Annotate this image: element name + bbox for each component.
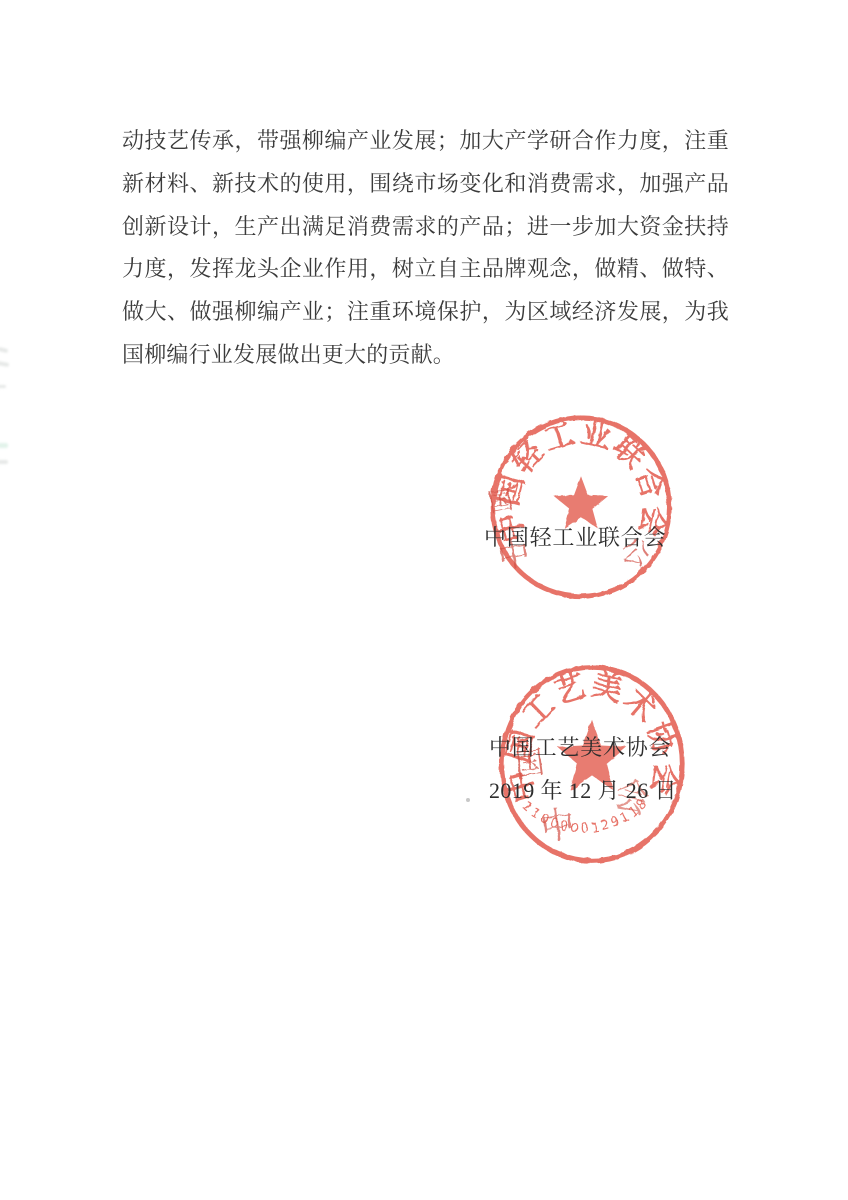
seal-ghost-char: 中 <box>538 803 578 849</box>
org2-name-text: 中国工艺美术协会 <box>489 731 671 762</box>
document-page: 动技艺传承，带强柳编产业发展；加大产学研合作力度，注重 新材料、新技术的使用，围… <box>0 0 848 1200</box>
org1-name-text: 中国轻工业联合会 <box>484 521 666 552</box>
scan-artifact <box>0 443 8 448</box>
paragraph-line: 国柳编行业发展做出更大的贡献。 <box>122 334 729 377</box>
light-industry-council-seal: 中国轻工业联合会 国 中 公 <box>486 411 676 603</box>
arts-and-crafts-association-seal: 中国工艺美术协会 1100000129118 国 中 会 <box>496 661 688 867</box>
paragraph-line: 力度，发挥龙头企业作用，树立自主品牌观念，做精、做特、 <box>122 248 729 291</box>
scan-artifact <box>0 460 8 464</box>
scan-artifact <box>0 347 8 353</box>
scan-artifact <box>466 798 470 802</box>
paragraph-line: 做大、做强柳编产业；注重环境保护，为区域经济发展，为我 <box>122 291 729 334</box>
body-paragraph: 动技艺传承，带强柳编产业发展；加大产学研合作力度，注重 新材料、新技术的使用，围… <box>122 120 729 377</box>
paragraph-line: 新材料、新技术的使用，围绕市场变化和消费需求，加强产品 <box>122 163 729 206</box>
paragraph-line: 创新设计，生产出满足消费需求的产品；进一步加大资金扶持 <box>122 206 729 249</box>
paragraph-line: 动技艺传承，带强柳编产业发展；加大产学研合作力度，注重 <box>122 120 729 163</box>
date-text: 2019 年 12 月 26 日 <box>489 774 677 805</box>
seal-ghost-char: 国 <box>486 487 515 518</box>
scan-artifact <box>0 385 6 388</box>
scan-artifact <box>0 361 9 367</box>
